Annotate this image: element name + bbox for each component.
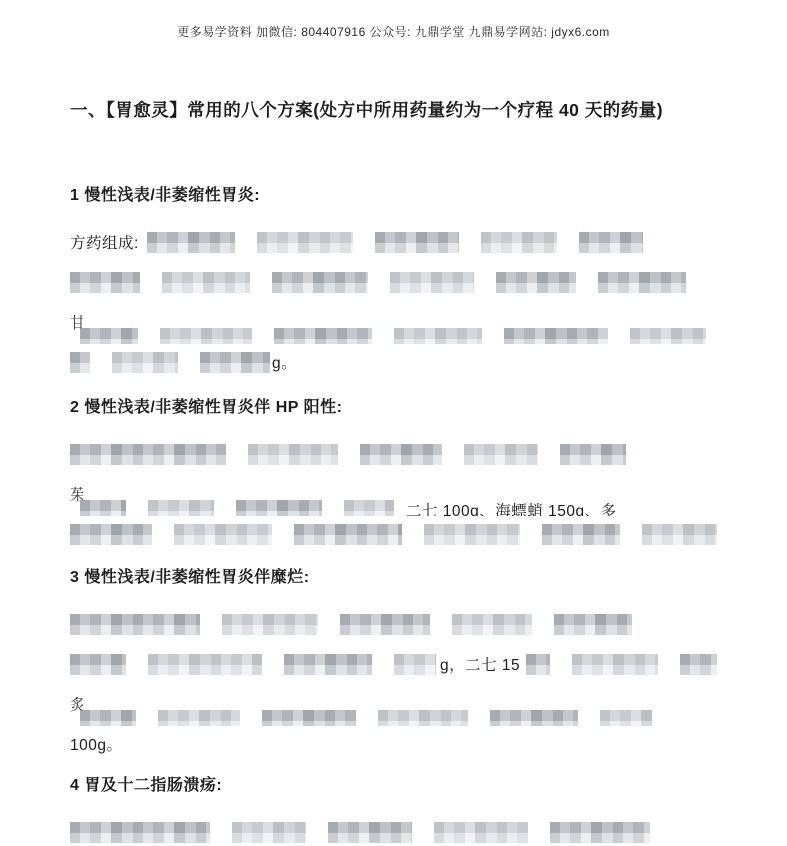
- section-1-line-2: [70, 264, 717, 304]
- section-1-line-1: 方药组成:: [70, 224, 717, 264]
- redacted-text: [248, 444, 338, 465]
- redacted-text: [80, 500, 126, 516]
- document-page: 更多易学资料 加微信: 804407916 公众号: 九鼎学堂 九鼎易学网站: …: [0, 0, 787, 846]
- herb-dosage-fragment: 二七 100g、海螵蛸 150g、多: [406, 503, 617, 516]
- redacted-text: [328, 822, 412, 843]
- redacted-text: [481, 232, 557, 253]
- redacted-text: [464, 444, 538, 465]
- redacted-text: [148, 654, 262, 675]
- section-3-line-1: [70, 606, 717, 646]
- redacted-text: [200, 352, 270, 373]
- redacted-text: [262, 710, 356, 726]
- section-4-heading: 4 胃及十二指肠溃疡:: [70, 772, 717, 800]
- section-3-line-4: 100g。: [70, 726, 717, 766]
- redacted-text: [70, 444, 226, 465]
- redacted-text: [162, 272, 250, 293]
- redacted-text: [394, 328, 482, 344]
- redacted-text: [70, 822, 210, 843]
- redacted-text: [147, 232, 235, 253]
- redacted-text: [560, 444, 626, 465]
- redacted-text: [542, 524, 620, 545]
- section-2-line-2: 茱二七 100g、海螵蛸 150g、多: [70, 476, 717, 516]
- section-3-line-2: g，二七 15: [70, 646, 717, 686]
- redacted-text: [148, 500, 214, 516]
- section-4-line-1: [70, 814, 717, 846]
- redacted-text: [550, 822, 650, 843]
- redacted-text: [70, 524, 152, 545]
- section-1-heading: 1 慢性浅表/非萎缩性胃炎:: [70, 182, 717, 210]
- redacted-text: [554, 614, 632, 635]
- redacted-text: [284, 654, 372, 675]
- redacted-text: [70, 352, 90, 373]
- redacted-text: [378, 710, 468, 726]
- redacted-text: [257, 232, 353, 253]
- section-2-heading: 2 慢性浅表/非萎缩性胃炎伴 HP 阳性:: [70, 394, 717, 422]
- dosage-fragment: 100g。: [70, 737, 122, 754]
- redacted-text: [579, 232, 643, 253]
- redacted-text: [434, 822, 528, 843]
- redacted-text: [390, 272, 474, 293]
- document-title: 一、【胃愈灵】常用的八个方案(处方中所用药量约为一个疗程 40 天的药量): [70, 96, 717, 124]
- section-2-line-1: [70, 436, 717, 476]
- redacted-text: [394, 654, 436, 675]
- redacted-text: [490, 710, 578, 726]
- redacted-text: [70, 614, 200, 635]
- redacted-text: [526, 654, 550, 675]
- section-1-line-3: 甘: [70, 304, 717, 344]
- redacted-text: [600, 710, 652, 726]
- redacted-text: [158, 710, 240, 726]
- redacted-text: [572, 654, 658, 675]
- redacted-text: [294, 524, 402, 545]
- redacted-text: [160, 328, 252, 344]
- document-body: 一、【胃愈灵】常用的八个方案(处方中所用药量约为一个疗程 40 天的药量) 1 …: [0, 96, 787, 846]
- redacted-text: [232, 822, 306, 843]
- redacted-text: [340, 614, 430, 635]
- prescription-label: 方药组成:: [70, 235, 139, 252]
- redacted-text: [236, 500, 322, 516]
- redacted-text: [452, 614, 532, 635]
- herb-dosage-fragment: g，二七 15: [440, 657, 520, 674]
- redacted-text: [424, 524, 520, 545]
- redacted-text: [598, 272, 686, 293]
- redacted-text: [344, 500, 394, 516]
- redacted-text: [680, 654, 717, 675]
- redacted-text: [70, 272, 140, 293]
- redacted-text: [274, 328, 372, 344]
- redacted-text: [174, 524, 272, 545]
- redacted-text: [80, 328, 138, 344]
- dosage-fragment: g。: [272, 355, 297, 372]
- redacted-text: [642, 524, 717, 545]
- redacted-text: [630, 328, 706, 344]
- redacted-text: [272, 272, 368, 293]
- redacted-text: [496, 272, 576, 293]
- redacted-text: [80, 710, 136, 726]
- redacted-text: [70, 654, 126, 675]
- redacted-text: [112, 352, 178, 373]
- section-3-line-3: 炙: [70, 686, 717, 726]
- redacted-text: [504, 328, 608, 344]
- redacted-text: [360, 444, 442, 465]
- section-3-heading: 3 慢性浅表/非萎缩性胃炎伴糜烂:: [70, 564, 717, 592]
- promo-header: 更多易学资料 加微信: 804407916 公众号: 九鼎学堂 九鼎易学网站: …: [0, 0, 787, 40]
- redacted-text: [222, 614, 318, 635]
- section-2-line-3: ,: [70, 516, 717, 556]
- redacted-text: [375, 232, 459, 253]
- section-1-line-4: g。: [70, 344, 717, 384]
